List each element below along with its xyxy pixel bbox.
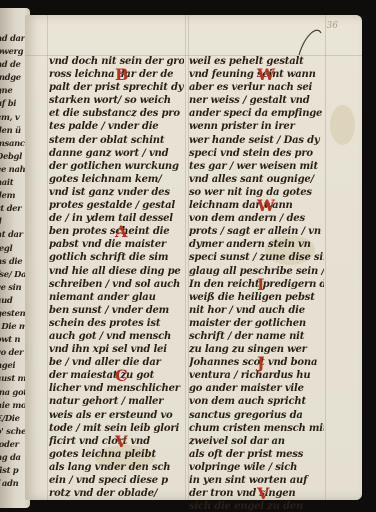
manuscript-line: ngei (0, 359, 26, 372)
manuscript-line: aust m (0, 372, 26, 385)
manuscript-line: dem (0, 189, 26, 202)
manuscript-line: schrift / der name nit (189, 330, 324, 343)
manuscript-line: sanctus gregorius da (189, 409, 324, 422)
manuscript-line: nd de (0, 58, 26, 71)
manuscript-line: indge (0, 71, 26, 84)
manuscript-line: ht dar (0, 228, 26, 241)
manuscript-line: fist p (0, 464, 26, 477)
manuscript-line: tes palde / vnder die (49, 120, 184, 133)
manuscript-line: gotlich schrift die sim (49, 251, 184, 264)
manuscript-line: owt n (0, 333, 26, 346)
rubricated-initial: I (257, 275, 264, 294)
manuscript-line: fse/ Dar (0, 268, 26, 281)
manuscript-line: als oft der prist mess (189, 448, 324, 461)
manuscript-line: vnd hie all diese ding pe (49, 265, 184, 278)
manuscript-line: ns die (0, 255, 26, 268)
rubricated-initial: V (115, 432, 127, 451)
manuscript-line: gotes leichnam kem/ (49, 173, 184, 186)
manuscript-line: starken wort/ so weich (49, 94, 184, 107)
manuscript-line: o' sche (0, 425, 26, 438)
manuscript-line: nit hor / vnd auch die (189, 304, 324, 317)
manuscript-line: ben sunst / vnder dem (49, 304, 184, 317)
manuscript-line: msanc (0, 137, 26, 150)
manuscript-line: wenn prister in irer (189, 120, 324, 133)
rubricated-initial: W (257, 65, 275, 84)
manuscript-line: nait (0, 176, 26, 189)
manuscript-line: hie mor (0, 399, 26, 412)
manuscript-line: f adn (0, 477, 26, 490)
rubricated-initial: V (257, 484, 269, 503)
manuscript-line: vnd ist ganz vnder des (49, 186, 184, 199)
ruling-line-left (47, 15, 48, 500)
manuscript-line: protes gestalde / gestal (49, 199, 184, 212)
manuscript-line: nd dar (0, 32, 26, 45)
manuscript-line: schreiben / vnd sol auch (49, 278, 184, 291)
manuscript-line: stem der oblat schint (49, 134, 184, 147)
manuscript-line: als lang vnder den sch (49, 461, 184, 474)
manuscript-line: rotz vnd der oblade/ (49, 487, 184, 500)
manuscript-line: auch got / vnd mensch (49, 330, 184, 343)
manuscript-line: zweivel sol dar an (189, 435, 324, 448)
manuscript-line: vnd ihn xpi sel vnd lei (49, 343, 184, 356)
manuscript-line: ner weiss / gestalt vnd (189, 94, 324, 107)
manuscript-line: aud (0, 294, 26, 307)
manuscript-line: ve sin (0, 281, 26, 294)
parchment-stain (330, 105, 355, 145)
manuscript-line: Debgl (0, 150, 26, 163)
rubricated-initial: A (115, 222, 127, 241)
manuscript-line: et die substancz des pro (49, 107, 184, 120)
manuscript-line: ee nah (0, 163, 26, 176)
folio-number: 36 (327, 21, 338, 31)
manuscript-line: gne (0, 84, 26, 97)
manuscript-line: ina got (0, 386, 26, 399)
rubricated-initial: W (257, 196, 275, 215)
manuscript-line: / Die m (0, 320, 26, 333)
manuscript-line: speci vnd stein des pro (189, 147, 324, 160)
manuscript-line: schein des protes ist (49, 317, 184, 330)
manuscript-line: d (0, 215, 26, 228)
manuscript-line: em, v (0, 111, 26, 124)
manuscript-line: go ander maister vile (189, 382, 324, 395)
manuscript-line: wer hande seist / Das dy (189, 134, 324, 147)
manuscript-line: speci sunst / zune dise sin (189, 251, 324, 264)
manuscript-line: pwerg (0, 45, 26, 58)
rubricated-initial: C (115, 366, 128, 385)
manuscript-line: ein / vnd speci diese p (49, 474, 184, 487)
manuscript-line: ng da (0, 451, 26, 464)
manuscript-line: prots / sagt er allein / vn (189, 225, 324, 238)
manuscript-line: E/Die (0, 412, 26, 425)
manuscript-line: /oder (0, 438, 26, 451)
rubricated-initial: B (115, 65, 129, 84)
manuscript-line: st der (0, 202, 26, 215)
manuscript-line: vo der (0, 346, 26, 359)
manuscript-line: von dem auch spricht (189, 395, 324, 408)
manuscript-line: dymer andern stein vn (189, 238, 324, 251)
manuscript-line: legl (0, 242, 26, 255)
manuscript-page: 36 vnd doch nit sein der groross leichna… (25, 15, 362, 500)
manuscript-line: danne ganz wort / vnd (49, 147, 184, 160)
manuscript-line: niemant ander glau (49, 291, 184, 304)
manuscript-line: den ü (0, 124, 26, 137)
manuscript-line: weis als er ersteund vo (49, 409, 184, 422)
manuscript-line: vnd alles sant ougnige/ (189, 173, 324, 186)
manuscript-line: ander speci da empfinge (189, 107, 324, 120)
manuscript-line: gesten (0, 307, 26, 320)
manuscript-line: chum cristen mensch mit (189, 422, 324, 435)
left-page-text: nd darpwergnd deindgegneuf biem, vden üm… (0, 32, 26, 490)
ruling-line-right (325, 15, 326, 500)
manuscript-line: volpringe wile / sich (189, 461, 324, 474)
rubricated-initial: J (257, 353, 265, 372)
manuscript-line: tes gar / wer weisen mit (189, 160, 324, 173)
manuscript-line: maister der gotlichen (189, 317, 324, 330)
pen-flourish (295, 25, 325, 59)
manuscript-line: uf bi (0, 97, 26, 110)
manuscript-line: natur gehort / maller (49, 395, 184, 408)
manuscript-line: der gotlichen wurckung (49, 160, 184, 173)
ruling-line-center-left (185, 15, 186, 500)
